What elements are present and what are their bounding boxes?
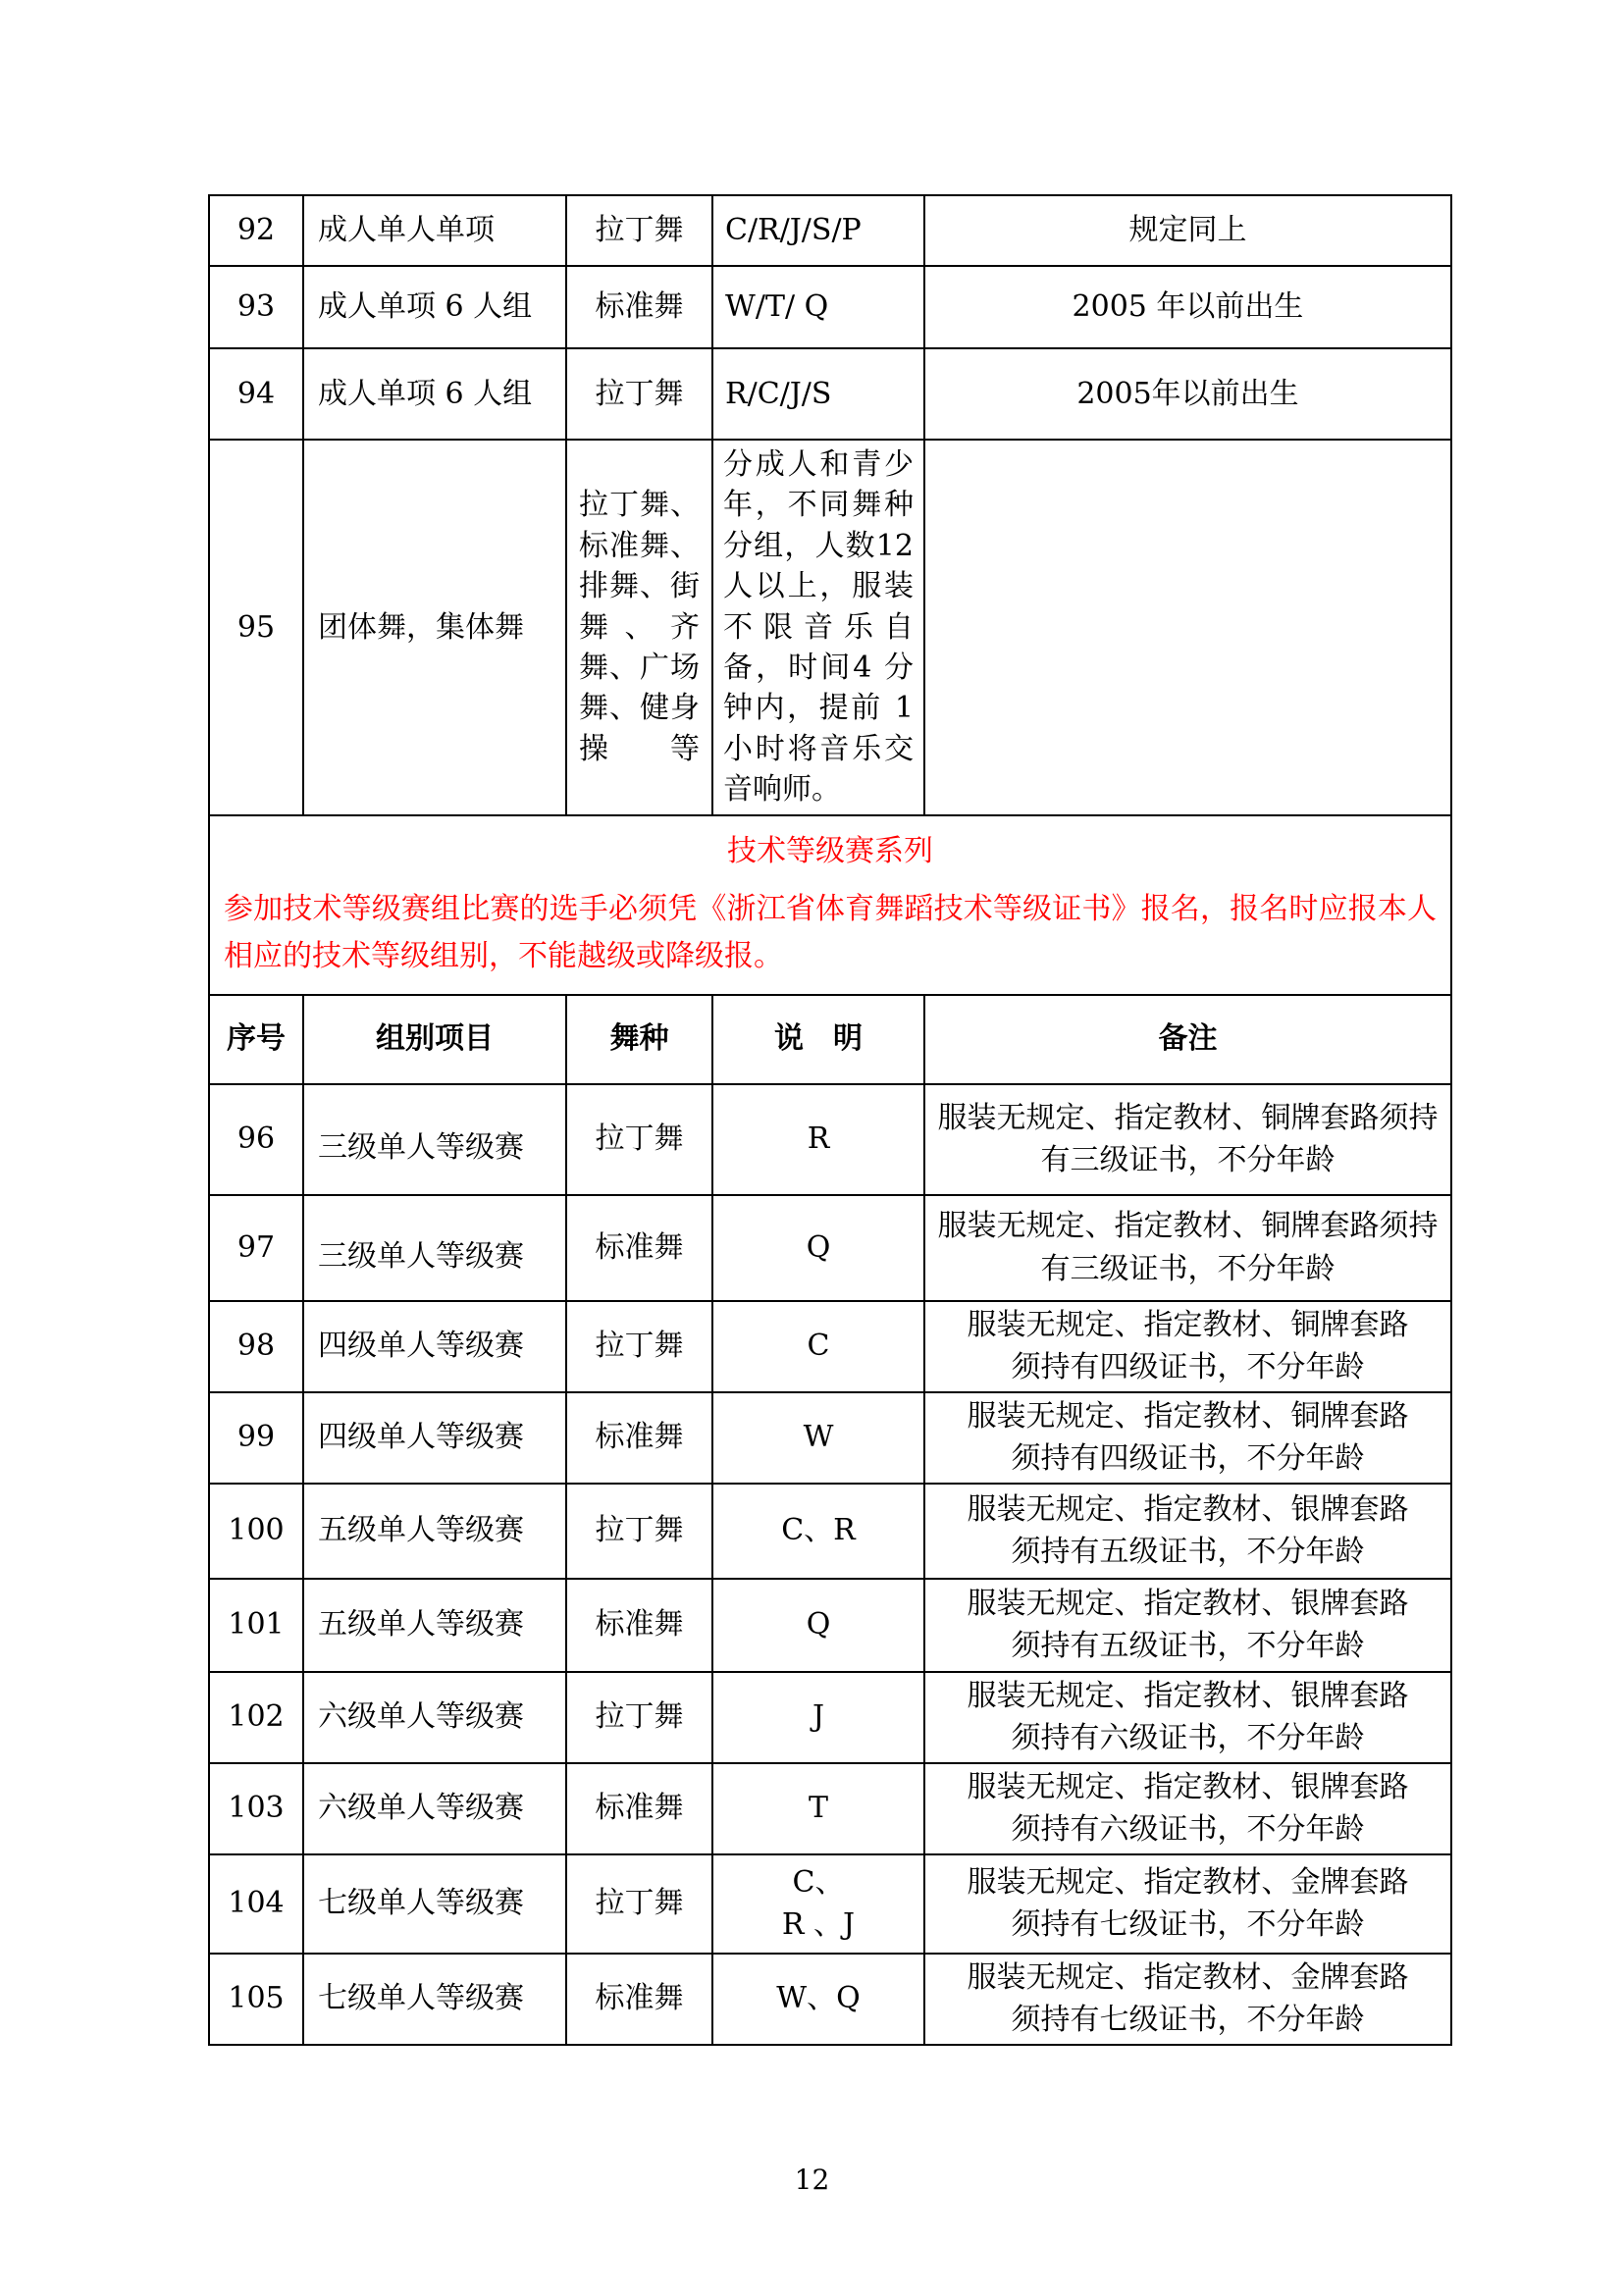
table-header-row: 序号 组别项目 舞种 说 明 备注 (209, 995, 1451, 1084)
row-94-group: 成人单项 6 人组 (303, 348, 566, 440)
row-104-seq: 104 (209, 1854, 303, 1954)
header-desc: 说 明 (712, 995, 924, 1084)
table-row-94: 94 成人单项 6 人组 拉丁舞 R/C/J/S 2005年以前出生 (209, 348, 1451, 440)
row-93-dance: 标准舞 (566, 266, 712, 348)
header-dance: 舞种 (566, 995, 712, 1084)
notice-title: 技术等级赛系列 (224, 830, 1437, 873)
row-103-seq: 103 (209, 1763, 303, 1854)
competition-table: 92 成人单人单项 拉丁舞 C/R/J/S/P 规定同上 93 成人单项 6 人… (208, 194, 1452, 2046)
row-101-remark: 服装无规定、指定教材、银牌套路 须持有五级证书，不分年龄 (924, 1579, 1451, 1672)
row-93-seq: 93 (209, 266, 303, 348)
row-94-seq: 94 (209, 348, 303, 440)
notice-body: 参加技术等级赛组比赛的选手必须凭《浙江省体育舞蹈技术等级证书》报名，报名时应报本… (224, 886, 1437, 980)
row-105-desc: W、Q (712, 1954, 924, 2045)
row-100-desc: C、R (712, 1484, 924, 1579)
row-100-remark: 服装无规定、指定教材、银牌套路 须持有五级证书，不分年龄 (924, 1484, 1451, 1579)
row-99-desc: W (712, 1392, 924, 1484)
table-row-98: 98 四级单人等级赛 拉丁舞 C 服装无规定、指定教材、铜牌套路 须持有四级证书… (209, 1301, 1451, 1392)
table-row-101: 101 五级单人等级赛 标准舞 Q 服装无规定、指定教材、银牌套路 须持有五级证… (209, 1579, 1451, 1672)
row-93-group: 成人单项 6 人组 (303, 266, 566, 348)
row-100-seq: 100 (209, 1484, 303, 1579)
table-row-92: 92 成人单人单项 拉丁舞 C/R/J/S/P 规定同上 (209, 195, 1451, 266)
page-number: 12 (0, 2164, 1624, 2196)
row-95-desc: 分成人和青少年，不同舞种分组，人数12 人以上，服装不限音乐自备，时间4 分钟内… (712, 440, 924, 815)
table-row-100: 100 五级单人等级赛 拉丁舞 C、R 服装无规定、指定教材、银牌套路 须持有五… (209, 1484, 1451, 1579)
row-98-desc: C (712, 1301, 924, 1392)
table-row-95: 95 团体舞，集体舞 拉丁舞、标准舞、排舞、街舞、齐舞、广场舞、健身操等 分成人… (209, 440, 1451, 815)
row-105-group: 七级单人等级赛 (303, 1954, 566, 2045)
row-100-dance: 拉丁舞 (566, 1484, 712, 1579)
row-98-dance: 拉丁舞 (566, 1301, 712, 1392)
row-95-dance: 拉丁舞、标准舞、排舞、街舞、齐舞、广场舞、健身操等 (566, 440, 712, 815)
row-104-dance: 拉丁舞 (566, 1854, 712, 1954)
row-92-dance: 拉丁舞 (566, 195, 712, 266)
row-104-desc: C、 R 、J (712, 1854, 924, 1954)
row-94-desc: R/C/J/S (712, 348, 924, 440)
row-97-seq: 97 (209, 1195, 303, 1301)
row-101-seq: 101 (209, 1579, 303, 1672)
row-99-dance: 标准舞 (566, 1392, 712, 1484)
row-92-group: 成人单人单项 (303, 195, 566, 266)
row-98-seq: 98 (209, 1301, 303, 1392)
table-row-104: 104 七级单人等级赛 拉丁舞 C、 R 、J 服装无规定、指定教材、金牌套路 … (209, 1854, 1451, 1954)
row-95-group: 团体舞，集体舞 (303, 440, 566, 815)
row-95-remark (924, 440, 1451, 815)
table-row-97: 97 三级单人等级赛 标准舞 Q 服装无规定、指定教材、铜牌套路须持 有三级证书… (209, 1195, 1451, 1301)
table-row-99: 99 四级单人等级赛 标准舞 W 服装无规定、指定教材、铜牌套路 须持有四级证书… (209, 1392, 1451, 1484)
row-96-group: 三级单人等级赛 (303, 1084, 566, 1195)
row-102-remark: 服装无规定、指定教材、银牌套路 须持有六级证书，不分年龄 (924, 1672, 1451, 1763)
row-98-group: 四级单人等级赛 (303, 1301, 566, 1392)
row-96-desc: R (712, 1084, 924, 1195)
row-103-remark: 服装无规定、指定教材、银牌套路 须持有六级证书，不分年龄 (924, 1763, 1451, 1854)
row-102-group: 六级单人等级赛 (303, 1672, 566, 1763)
row-103-desc: T (712, 1763, 924, 1854)
row-99-seq: 99 (209, 1392, 303, 1484)
row-101-group: 五级单人等级赛 (303, 1579, 566, 1672)
row-97-group: 三级单人等级赛 (303, 1195, 566, 1301)
row-105-seq: 105 (209, 1954, 303, 2045)
page: { "page": { "number": "12" }, "notice": … (0, 0, 1624, 2295)
row-99-remark: 服装无规定、指定教材、铜牌套路 须持有四级证书，不分年龄 (924, 1392, 1451, 1484)
header-group: 组别项目 (303, 995, 566, 1084)
row-95-seq: 95 (209, 440, 303, 815)
row-103-dance: 标准舞 (566, 1763, 712, 1854)
header-remark: 备注 (924, 995, 1451, 1084)
row-103-group: 六级单人等级赛 (303, 1763, 566, 1854)
row-102-desc: J (712, 1672, 924, 1763)
row-96-seq: 96 (209, 1084, 303, 1195)
row-102-seq: 102 (209, 1672, 303, 1763)
table-row-96: 96 三级单人等级赛 拉丁舞 R 服装无规定、指定教材、铜牌套路须持 有三级证书… (209, 1084, 1451, 1195)
row-100-group: 五级单人等级赛 (303, 1484, 566, 1579)
row-104-group: 七级单人等级赛 (303, 1854, 566, 1954)
row-105-remark: 服装无规定、指定教材、金牌套路 须持有七级证书，不分年龄 (924, 1954, 1451, 2045)
row-97-remark: 服装无规定、指定教材、铜牌套路须持 有三级证书，不分年龄 (924, 1195, 1451, 1301)
row-94-remark: 2005年以前出生 (924, 348, 1451, 440)
table-row-93: 93 成人单项 6 人组 标准舞 W/T/ Q 2005 年以前出生 (209, 266, 1451, 348)
row-99-group: 四级单人等级赛 (303, 1392, 566, 1484)
row-97-dance: 标准舞 (566, 1195, 712, 1301)
header-seq: 序号 (209, 995, 303, 1084)
row-92-desc: C/R/J/S/P (712, 195, 924, 266)
row-93-desc: W/T/ Q (712, 266, 924, 348)
row-94-dance: 拉丁舞 (566, 348, 712, 440)
table-row-102: 102 六级单人等级赛 拉丁舞 J 服装无规定、指定教材、银牌套路 须持有六级证… (209, 1672, 1451, 1763)
row-92-seq: 92 (209, 195, 303, 266)
row-101-dance: 标准舞 (566, 1579, 712, 1672)
row-98-remark: 服装无规定、指定教材、铜牌套路 须持有四级证书，不分年龄 (924, 1301, 1451, 1392)
row-97-desc: Q (712, 1195, 924, 1301)
row-105-dance: 标准舞 (566, 1954, 712, 2045)
row-93-remark: 2005 年以前出生 (924, 266, 1451, 348)
row-104-remark: 服装无规定、指定教材、金牌套路 须持有七级证书，不分年龄 (924, 1854, 1451, 1954)
row-101-desc: Q (712, 1579, 924, 1672)
table-row-103: 103 六级单人等级赛 标准舞 T 服装无规定、指定教材、银牌套路 须持有六级证… (209, 1763, 1451, 1854)
grade-series-notice: 技术等级赛系列 参加技术等级赛组比赛的选手必须凭《浙江省体育舞蹈技术等级证书》报… (209, 815, 1451, 995)
row-96-remark: 服装无规定、指定教材、铜牌套路须持 有三级证书，不分年龄 (924, 1084, 1451, 1195)
notice-row: 技术等级赛系列 参加技术等级赛组比赛的选手必须凭《浙江省体育舞蹈技术等级证书》报… (209, 815, 1451, 995)
row-92-remark: 规定同上 (924, 195, 1451, 266)
row-96-dance: 拉丁舞 (566, 1084, 712, 1195)
table-row-105: 105 七级单人等级赛 标准舞 W、Q 服装无规定、指定教材、金牌套路 须持有七… (209, 1954, 1451, 2045)
row-102-dance: 拉丁舞 (566, 1672, 712, 1763)
